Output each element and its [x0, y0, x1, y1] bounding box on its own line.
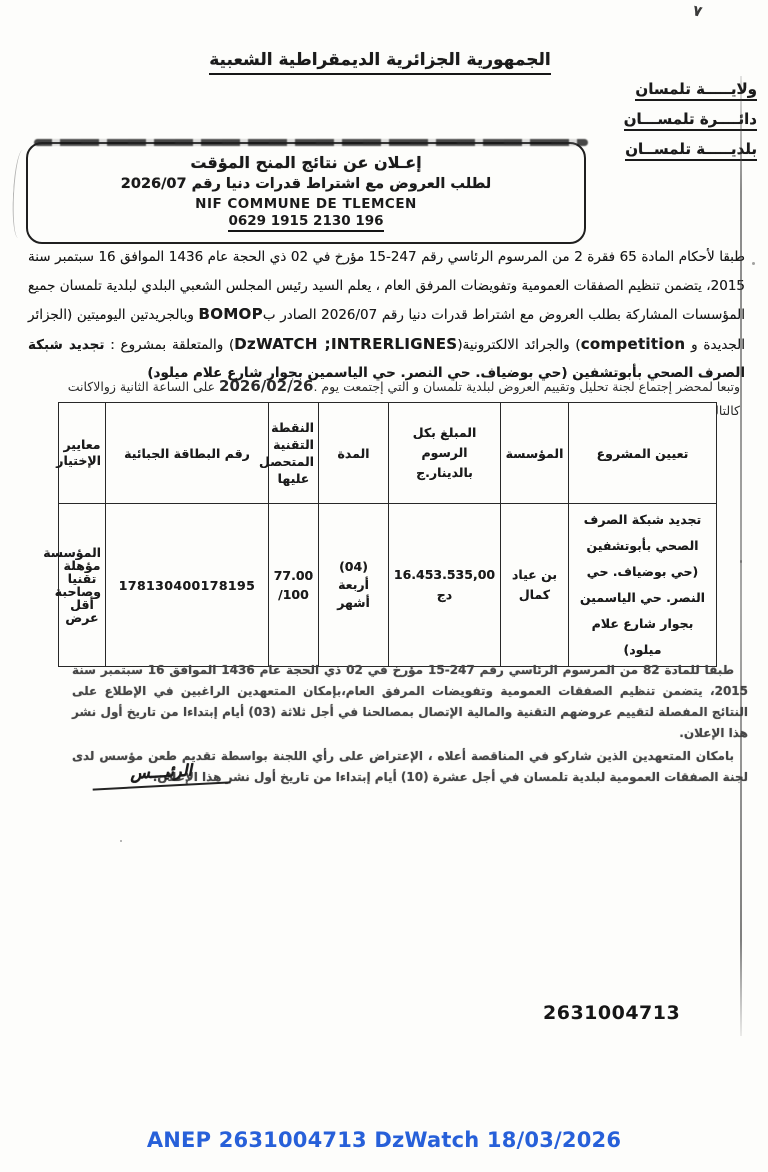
intro-seg4: ) والمتعلقة بمشروع : — [104, 337, 234, 353]
republic-title-text: الجمهورية الجزائرية الديمقراطية الشعبية — [209, 50, 551, 75]
competition-name: competition — [581, 335, 686, 353]
col-header-criteria: معايير الإختيار — [59, 403, 106, 504]
col-header-company: المؤسسة — [501, 403, 569, 504]
scan-artifact-vertical-line — [740, 76, 742, 1036]
notice-title: إعـلان عن نتائج المنح المؤقت — [28, 153, 584, 172]
intro-seg3: ) والجرائد الالكترونية( — [457, 337, 580, 353]
cell-tax-card: 178130400178195 — [106, 504, 269, 667]
col-header-score: النقطة التقنية المتحصل عليها — [269, 403, 319, 504]
scan-speck — [740, 560, 742, 563]
score-value: 77.00 — [273, 566, 314, 585]
table-row: تجديد شبكة الصرف الصحي بأبوتشفين (حي بوض… — [59, 504, 717, 667]
scanned-announcement-page: الجمهورية الجزائرية الديمقراطية الشعبية … — [0, 0, 768, 1172]
authority-wilaya: ولايـــــة تلمسان — [585, 74, 757, 104]
col-header-amount: المبلغ بكل الرسوم بالدينار.ج — [389, 403, 501, 504]
nif-number: 196 2130 1915 0629 — [28, 213, 584, 229]
notice-subtitle: لطلب العروض مع اشتراط قدرات دنيا رقم 202… — [28, 176, 584, 192]
scan-artifact-corner-mark: ٧ — [691, 1, 704, 21]
col-header-project: تعيين المشروع — [569, 403, 717, 504]
meeting-seg1: وتبعا لمحضر إجتماع لجنة تحليل وتقييم الع… — [313, 379, 740, 394]
col-header-duration: المدة — [319, 403, 389, 504]
cell-project: تجديد شبكة الصرف الصحي بأبوتشفين (حي بوض… — [569, 504, 717, 667]
authority-daira: دائــــرة تلمســـان — [585, 104, 757, 134]
col-header-tax-card: رقم البطاقة الجبائية — [106, 403, 269, 504]
notice-title-box: إعـلان عن نتائج المنح المؤقت لطلب العروض… — [26, 142, 586, 244]
table-header-row: تعيين المشروع المؤسسة المبلغ بكل الرسوم … — [59, 403, 717, 504]
score-denominator: 100/ — [273, 585, 314, 604]
results-table: تعيين المشروع المؤسسة المبلغ بكل الرسوم … — [58, 402, 717, 667]
legal-para-consultation: طبقا للمادة 82 من المرسوم الرئاسي رقم 24… — [72, 660, 748, 744]
anep-footer-line: ANEP 2631004713 DzWatch 18/03/2026 — [0, 1128, 768, 1152]
cell-criteria: المؤسسة مؤهلة تقنيا وصاحبة أقل عرض — [59, 504, 106, 667]
bomop-name: BOMOP — [199, 305, 263, 323]
reference-number: 2631004713 — [543, 1002, 680, 1024]
authority-commune: بلديـــــة تلمســان — [585, 134, 757, 164]
epapers-names: DzWATCH ;INTRERLIGNES — [234, 335, 457, 353]
cell-amount: 16.453.535,00 دج — [389, 504, 501, 667]
republic-title: الجمهورية الجزائرية الديمقراطية الشعبية — [150, 50, 610, 70]
scan-speck — [120, 840, 122, 842]
cell-score: 77.00 100/ — [269, 504, 319, 667]
nif-label: NIF COMMUNE DE TLEMCEN — [28, 196, 584, 212]
authority-block: ولايـــــة تلمسان دائــــرة تلمســـان بل… — [585, 74, 757, 164]
intro-paragraph: طبقا لأحكام المادة 65 فقرة 2 من المرسوم … — [28, 243, 745, 388]
cell-duration: (04) أربعة أشهر — [319, 504, 389, 667]
meeting-date: 2026/02/26 — [219, 377, 313, 395]
scan-speck — [752, 262, 755, 265]
cell-company: بن عياد كمال — [501, 504, 569, 667]
